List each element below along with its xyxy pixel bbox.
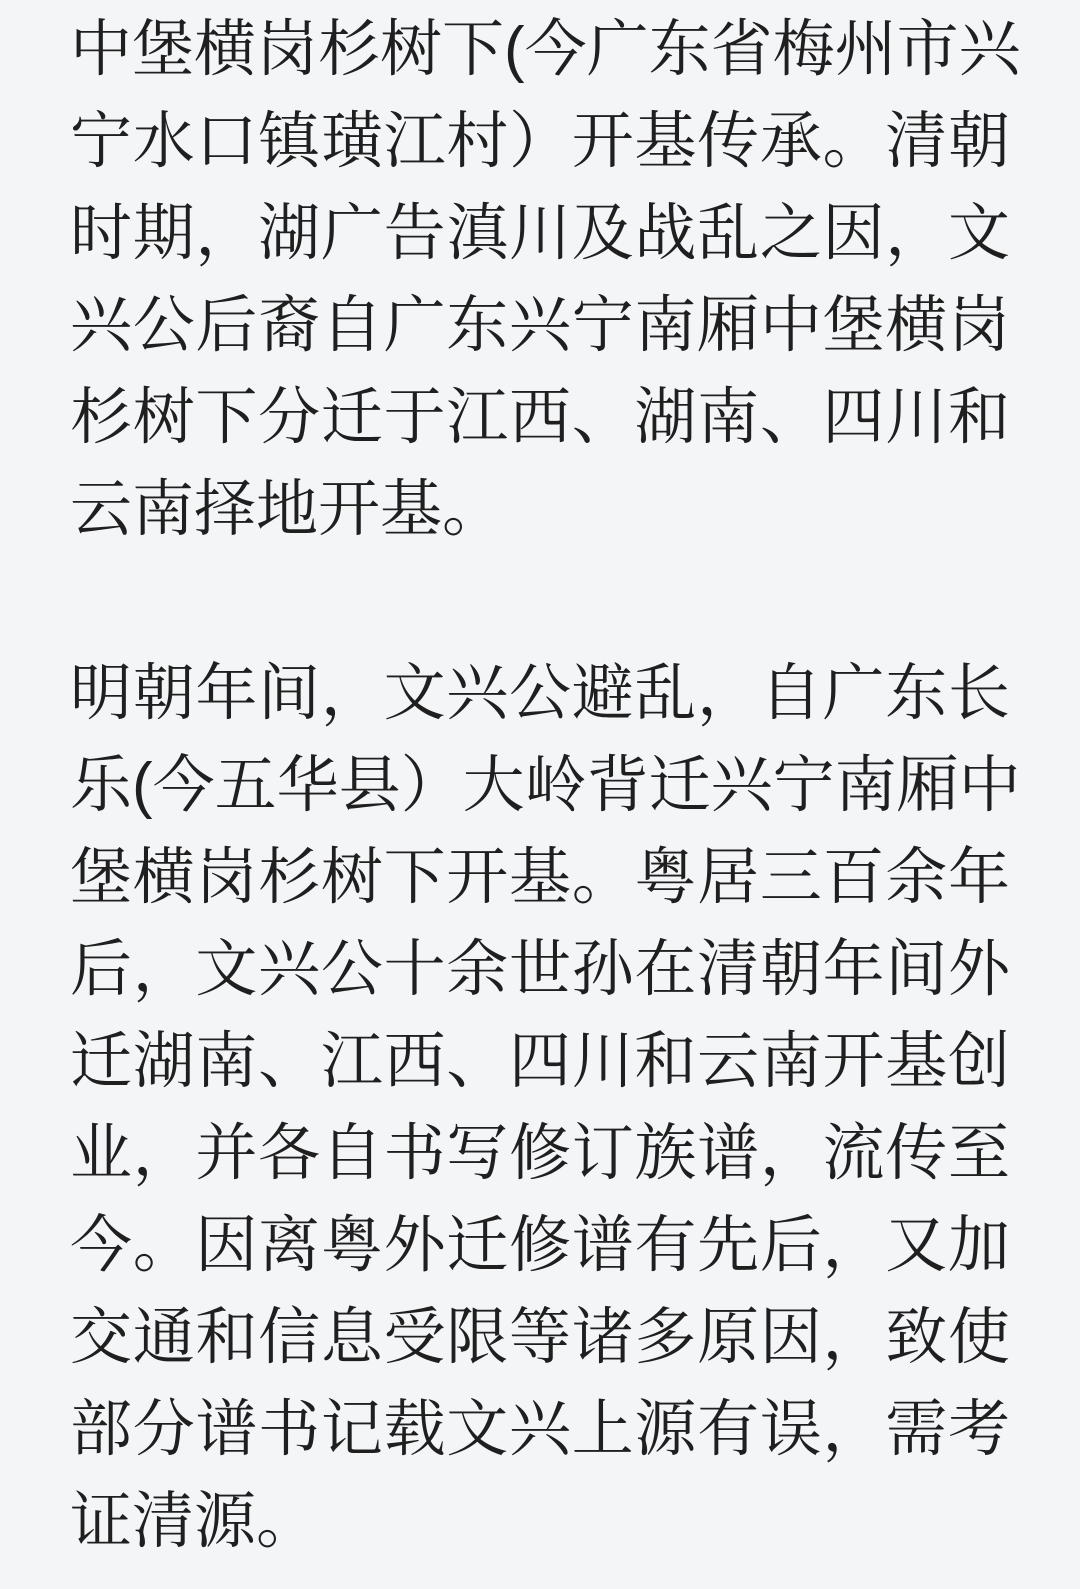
text-line: 时期，湖广告滇川及战乱之因，文 [70, 188, 1010, 280]
text-line: 兴公后裔自广东兴宁南厢中堡横岗 [70, 280, 1010, 372]
paragraph-1: 中堡横岗杉树下(今广东省梅州市兴 宁水口镇璜江村）开基传承。清朝 时期，湖广告滇… [70, 4, 1010, 556]
text-line: 中堡横岗杉树下(今广东省梅州市兴 [70, 4, 1010, 96]
text-line: 后，文兴公十余世孙在清朝年间外 [70, 924, 1010, 1016]
text-line: 业，并各自书写修订族谱，流传至 [70, 1108, 1010, 1200]
text-line: 迁湖南、江西、四川和云南开基创 [70, 1016, 1010, 1108]
text-line: 乐(今五华县）大岭背迁兴宁南厢中 [70, 740, 1010, 832]
text-line: 宁水口镇璜江村）开基传承。清朝 [70, 96, 1010, 188]
text-line: 明朝年间，文兴公避乱，自广东长 [70, 648, 1010, 740]
paragraph-2: 明朝年间，文兴公避乱，自广东长 乐(今五华县）大岭背迁兴宁南厢中 堡横岗杉树下开… [70, 648, 1010, 1568]
text-line: 云南择地开基。 [70, 464, 1010, 556]
text-line: 今。因离粤外迁修谱有先后，又加 [70, 1200, 1010, 1292]
page: 中堡横岗杉树下(今广东省梅州市兴 宁水口镇璜江村）开基传承。清朝 时期，湖广告滇… [0, 0, 1080, 1589]
text-line: 交通和信息受限等诸多原因，致使 [70, 1292, 1010, 1384]
text-line: 堡横岗杉树下开基。粤居三百余年 [70, 832, 1010, 924]
text-line: 证清源。 [70, 1476, 1010, 1568]
text-line: 杉树下分迁于江西、湖南、四川和 [70, 372, 1010, 464]
document-body: 中堡横岗杉树下(今广东省梅州市兴 宁水口镇璜江村）开基传承。清朝 时期，湖广告滇… [70, 4, 1010, 1568]
text-line: 部分谱书记载文兴上源有误，需考 [70, 1384, 1010, 1476]
